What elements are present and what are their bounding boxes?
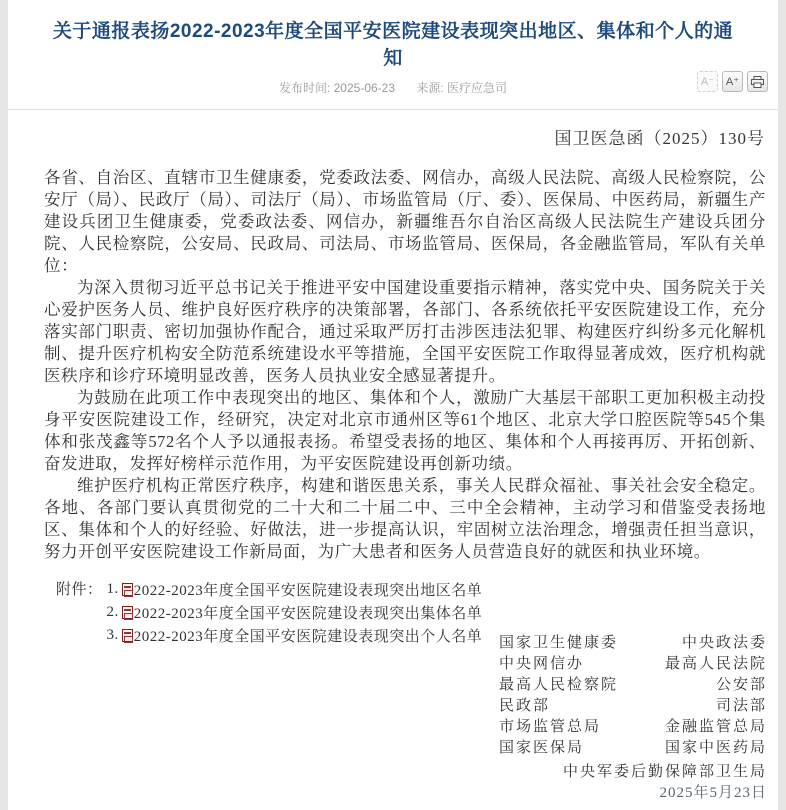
signature-org: 国家卫生健康委 — [499, 633, 618, 654]
attachment-file-icon — [122, 629, 133, 642]
doc-number: 国卫医急函（2025）130号 — [8, 124, 765, 149]
signature-org: 中央网信办 — [499, 654, 584, 675]
signature-row: 国家医保局 国家中医药局 — [499, 738, 767, 759]
attachment-link[interactable]: 2. 2022-2023年度全国平安医院建设表现突出集体名单 — [107, 601, 483, 624]
signature-row: 最高人民检察院 公安部 — [499, 675, 767, 696]
attachment-title: 2022-2023年度全国平安医院建设表现突出个人名单 — [134, 625, 483, 646]
signature-org: 最高人民检察院 — [499, 675, 618, 696]
signature-block: 国家卫生健康委 中央政法委 中央网信办 最高人民法院 最高人民检察院 公安部 民… — [499, 633, 767, 804]
body-paragraph: 维护医疗机构正常医疗秩序，构建和谐医患关系，事关人民群众福祉、事关社会安全稳定。… — [44, 475, 766, 563]
signature-org: 国家医保局 — [499, 738, 584, 759]
printer-icon — [751, 76, 764, 88]
attachment-file-icon — [122, 606, 133, 619]
document-page: 关于通报表扬2022-2023年度全国平安医院建设表现突出地区、集体和个人的通知… — [8, 0, 778, 810]
signature-row: 市场监管总局 金融监管总局 — [499, 717, 767, 738]
publish-meta-row: 发布时间: 2025-06-23 来源: 医疗应急司 A⁻ A⁺ — [8, 79, 778, 103]
attachment-title: 2022-2023年度全国平安医院建设表现突出地区名单 — [134, 579, 483, 600]
source: 来源: 医疗应急司 — [416, 81, 507, 95]
attachment-number: 2. — [107, 604, 119, 621]
attachment-number: 3. — [107, 627, 119, 644]
signature-org: 金融监管总局 — [665, 717, 767, 738]
signature-org: 公安部 — [716, 675, 767, 696]
font-decrease-button[interactable]: A⁻ — [697, 71, 718, 92]
signature-org: 国家中医药局 — [665, 738, 767, 759]
signature-org: 司法部 — [716, 696, 767, 717]
signature-row: 国家卫生健康委 中央政法委 — [499, 633, 767, 654]
font-increase-button[interactable]: A⁺ — [722, 71, 743, 92]
body-paragraph: 为深入贯彻习近平总书记关于推进平安中国建设重要指示精神，落实党中央、国务院关于关… — [44, 277, 766, 387]
signature-org: 中央政法委 — [682, 633, 767, 654]
attachments-list: 1. 2022-2023年度全国平安医院建设表现突出地区名单 2. 2022-2… — [107, 578, 483, 647]
attachment-title: 2022-2023年度全国平安医院建设表现突出集体名单 — [134, 602, 483, 623]
print-button[interactable] — [747, 71, 768, 92]
signature-org: 最高人民法院 — [665, 654, 767, 675]
body-paragraph: 为鼓励在此项工作中表现突出的地区、集体和个人，激励广大基层干部职工更加积极主动投… — [44, 387, 766, 475]
attachments-label: 附件： — [56, 578, 103, 647]
addressee-paragraph: 各省、自治区、直辖市卫生健康委，党委政法委、网信办，高级人民法院、高级人民检察院… — [44, 167, 766, 277]
publish-time: 发布时间: 2025-06-23 — [279, 81, 395, 95]
attachment-link[interactable]: 3. 2022-2023年度全国平安医院建设表现突出个人名单 — [107, 624, 483, 647]
document-body: 各省、自治区、直辖市卫生健康委，党委政法委、网信办，高级人民法院、高级人民检察院… — [44, 167, 766, 563]
signature-row: 中央网信办 最高人民法院 — [499, 654, 767, 675]
signature-org: 民政部 — [499, 696, 550, 717]
signature-military-org: 中央军委后勤保障部卫生局 — [499, 761, 767, 783]
page-title: 关于通报表扬2022-2023年度全国平安医院建设表现突出地区、集体和个人的通知 — [8, 0, 778, 70]
signature-org: 市场监管总局 — [499, 717, 601, 738]
signature-row: 民政部 司法部 — [499, 696, 767, 717]
signature-date: 2025年5月23日 — [499, 783, 767, 804]
attachment-link[interactable]: 1. 2022-2023年度全国平安医院建设表现突出地区名单 — [107, 578, 483, 601]
header-controls: A⁻ A⁺ — [697, 71, 768, 92]
attachment-number: 1. — [107, 581, 119, 598]
page-background: { "header": { "title": "关于通报表扬2022-2023年… — [0, 0, 786, 810]
header-divider — [8, 109, 778, 110]
attachment-file-icon — [122, 583, 133, 596]
